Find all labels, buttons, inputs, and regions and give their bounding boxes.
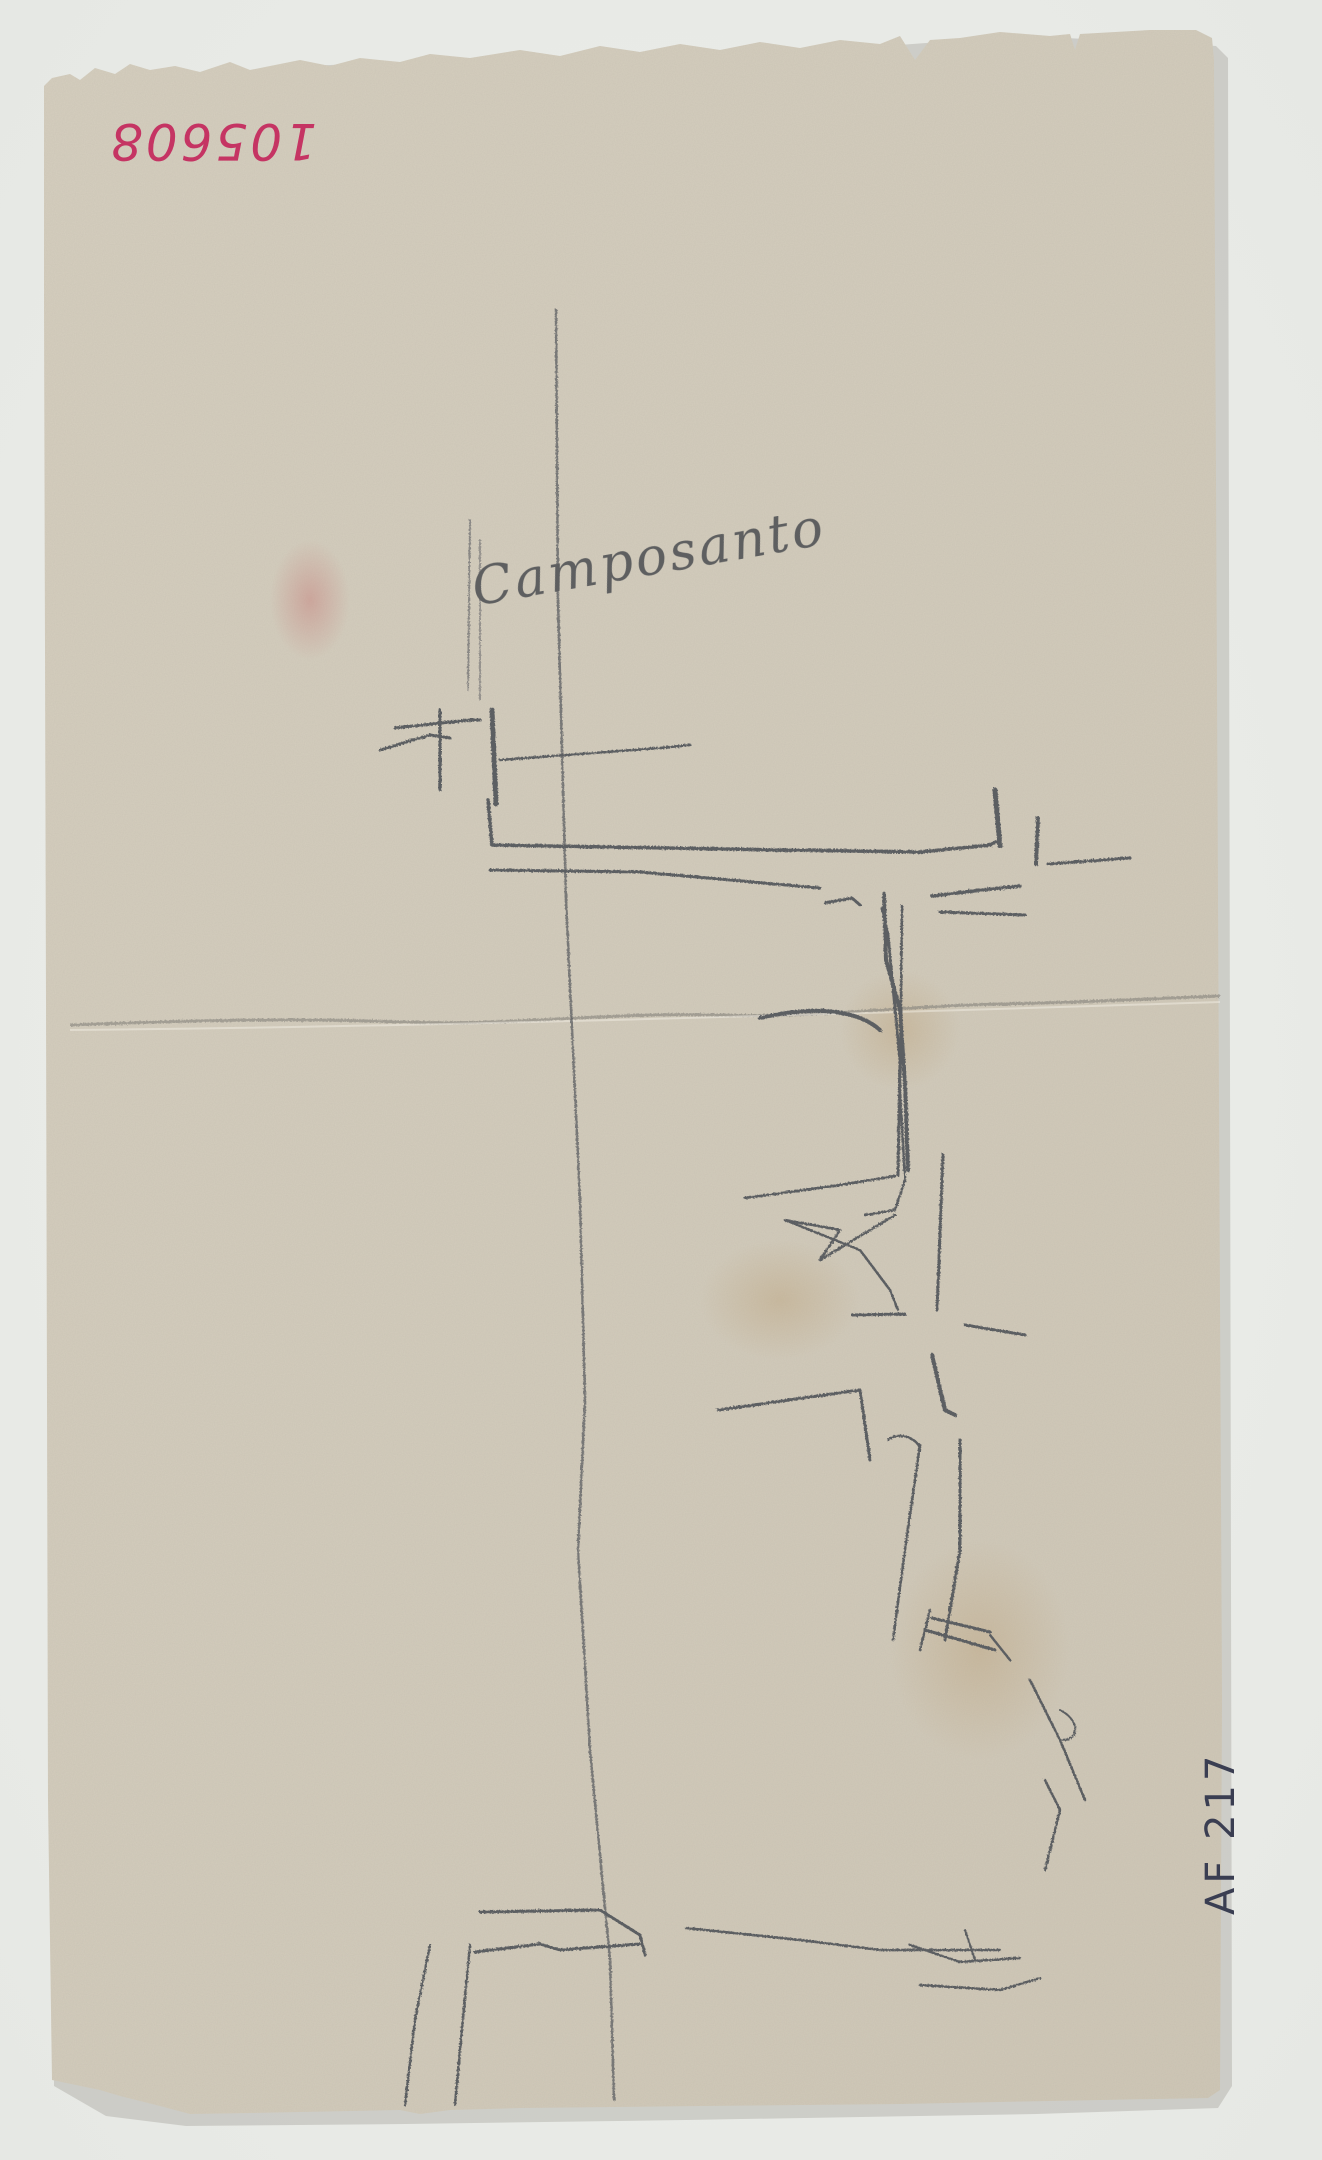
catalog-number-stamp: 105608 (108, 112, 317, 170)
inventory-number: AF 217 (1198, 1752, 1244, 1915)
red-stamp-residue (270, 540, 350, 660)
paper-sheet (0, 0, 1322, 2160)
